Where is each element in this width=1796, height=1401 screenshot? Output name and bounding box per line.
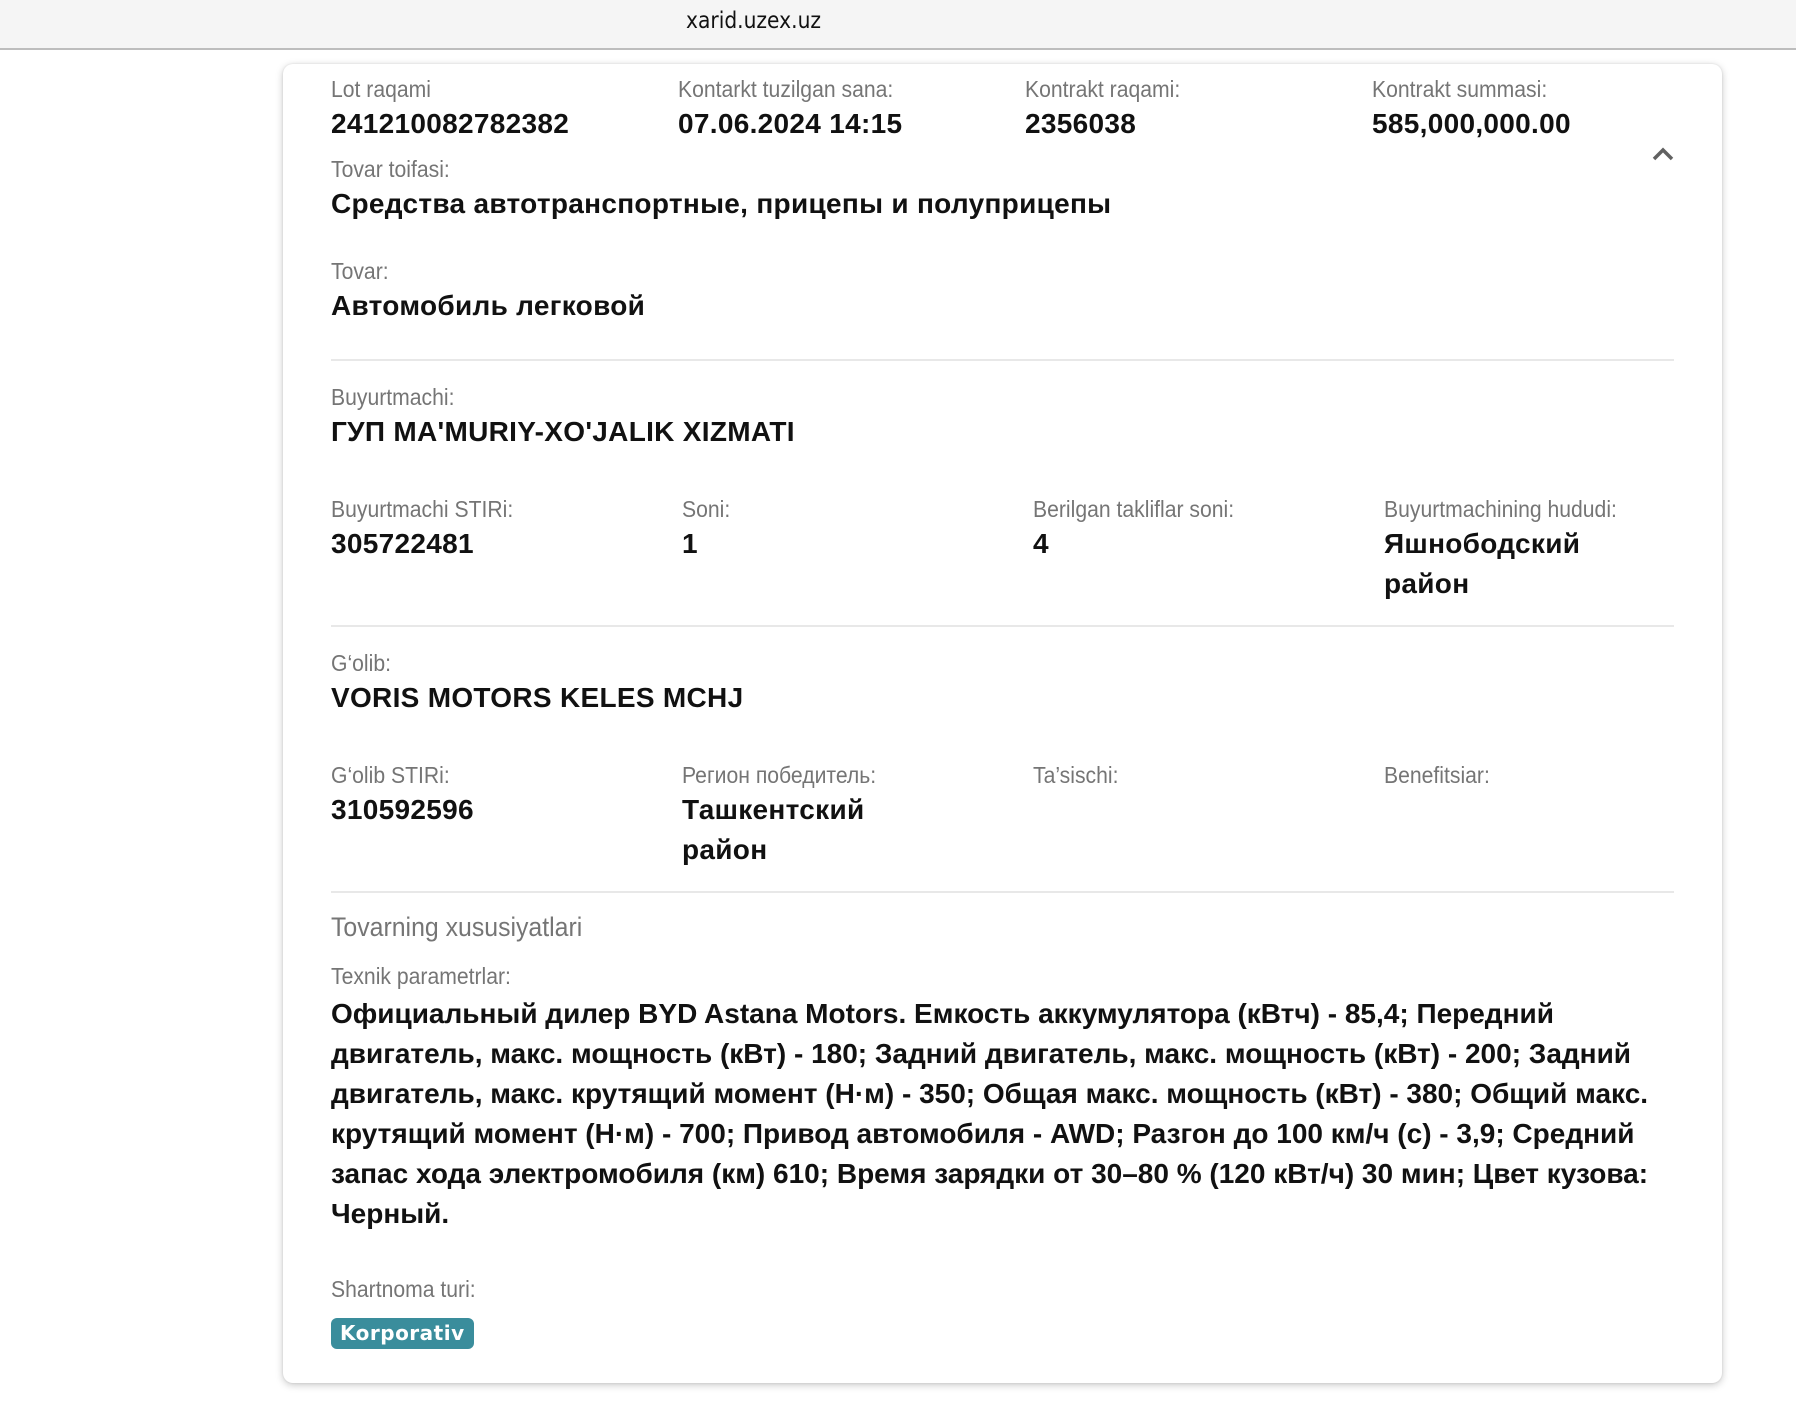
customer-region-label: Buyurtmachining hududi: — [1384, 496, 1617, 523]
product-value: Автомобиль легковой — [331, 290, 645, 322]
winner-tin-label: G‘olib STIRi: — [331, 762, 450, 789]
customer-value: ГУП MA'MURIY-XO'JALIK XIZMATI — [331, 416, 795, 448]
offers-count-value: 4 — [1033, 528, 1049, 560]
browser-address-bar[interactable]: xarid.uzex.uz — [0, 0, 1796, 50]
contract-sum-label: Kontrakt summasi: — [1372, 76, 1547, 103]
divider — [331, 359, 1674, 361]
contract-number-label: Kontrakt raqami: — [1025, 76, 1180, 103]
specs-section-title: Tovarning xususiyatlari — [331, 912, 582, 943]
specs-value: Официальный дилер BYD Astana Motors. Емк… — [331, 994, 1691, 1234]
contract-number-value: 2356038 — [1025, 108, 1136, 140]
contract-type-badge: Korporativ — [331, 1318, 474, 1349]
beneficiary-label: Benefitsiar: — [1384, 762, 1490, 789]
contract-sum-value: 585,000,000.00 — [1372, 108, 1571, 140]
quantity-value: 1 — [682, 528, 698, 560]
winner-region-value: Ташкентский район — [682, 790, 922, 870]
founder-label: Ta’sischi: — [1033, 762, 1118, 789]
customer-region-value: Яшнободский район — [1384, 524, 1624, 604]
lot-number-label: Lot raqami — [331, 76, 431, 103]
winner-value: VORIS MOTORS KELES MCHJ — [331, 682, 743, 714]
url-text[interactable]: xarid.uzex.uz — [686, 8, 821, 34]
winner-region-label: Регион победитель: — [682, 762, 876, 789]
winner-label: G‘olib: — [331, 650, 391, 677]
winner-tin-value: 310592596 — [331, 794, 474, 826]
divider — [331, 625, 1674, 627]
offers-count-label: Berilgan takliflar soni: — [1033, 496, 1234, 523]
divider — [331, 891, 1674, 893]
contract-card: Lot raqami 241210082782382 Kontarkt tuzi… — [283, 64, 1722, 1383]
contract-date-label: Kontarkt tuzilgan sana: — [678, 76, 893, 103]
product-category-value: Средства автотранспортные, прицепы и пол… — [331, 188, 1111, 220]
chevron-up-icon[interactable] — [1651, 142, 1675, 166]
contract-date-value: 07.06.2024 14:15 — [678, 108, 902, 140]
contract-type-label: Shartnoma turi: — [331, 1276, 476, 1303]
lot-number-value: 241210082782382 — [331, 108, 569, 140]
customer-tin-value: 305722481 — [331, 528, 474, 560]
customer-tin-label: Buyurtmachi STIRi: — [331, 496, 513, 523]
product-label: Tovar: — [331, 258, 389, 285]
product-category-label: Tovar toifasi: — [331, 156, 450, 183]
customer-label: Buyurtmachi: — [331, 384, 454, 411]
quantity-label: Soni: — [682, 496, 730, 523]
specs-label: Texnik parametrlar: — [331, 963, 511, 990]
